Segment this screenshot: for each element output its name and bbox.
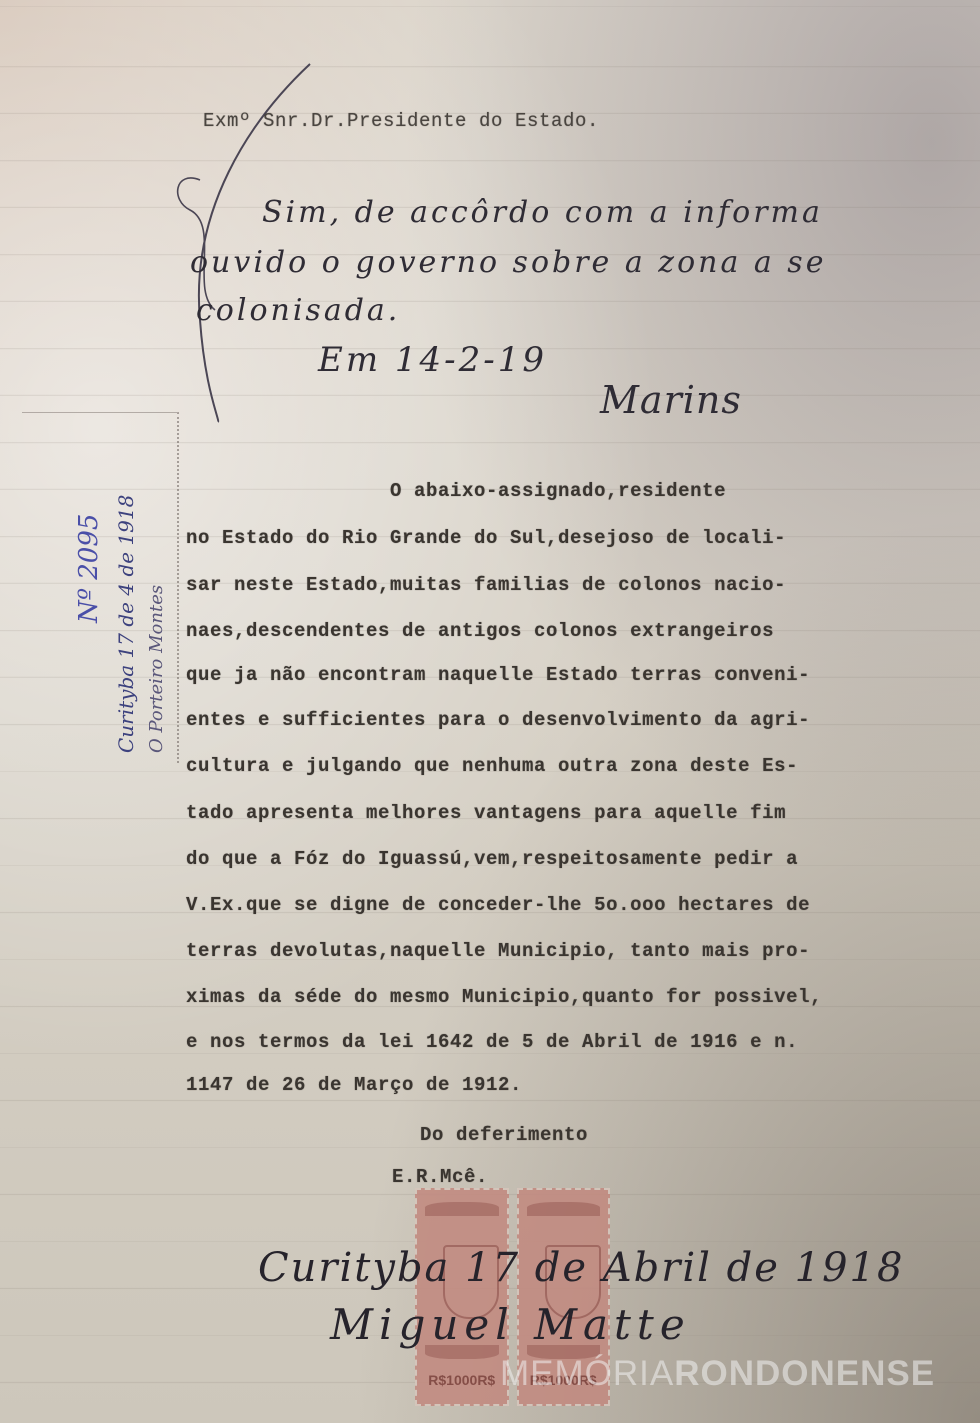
revenue-stamp: R$1000R$ <box>415 1188 509 1406</box>
protocol-number: Nº 2095 <box>74 514 104 623</box>
body-line: naes,descendentes de antigos colonos ext… <box>186 620 774 642</box>
salutation: Exmº Snr.Dr.Presidente do Estado. <box>203 110 599 132</box>
protocol-date: Curityba 17 de 4 de 1918 <box>114 495 138 753</box>
body-line: no Estado do Rio Grande do Sul,desejoso … <box>186 527 786 549</box>
watermark: MEMÓRIARONDONENSE <box>500 1354 935 1394</box>
body-line: O abaixo-assignado,residente <box>186 480 726 502</box>
watermark-part-1: MEMÓRIA <box>500 1354 674 1393</box>
signature: Miguel Matte <box>330 1300 691 1349</box>
protocol-stamp: Nº 2095 Curityba 17 de 4 de 1918 O Porte… <box>22 412 179 763</box>
place-date: Curityba 17 de Abril de 1918 <box>258 1245 904 1291</box>
body-line: entes e sufficientes para o desenvolvime… <box>186 709 810 731</box>
protocol-porteiro: O Porteiro Montes <box>146 585 167 753</box>
body-line: V.Ex.que se digne de conceder-lhe 5o.ooo… <box>186 894 810 916</box>
despacho-line-3: colonisada. <box>196 293 400 328</box>
body-line: do que a Fóz do Iguassú,vem,respeitosame… <box>186 848 798 870</box>
document-page: Exmº Snr.Dr.Presidente do Estado. Sim, d… <box>0 0 980 1423</box>
despacho-line-2: ouvido o governo sobre a zona a se <box>190 245 826 280</box>
despacho-date: Em 14-2-19 <box>318 340 547 380</box>
body-line: tado apresenta melhores vantagens para a… <box>186 802 786 824</box>
stamp-value: R$1000R$ <box>417 1372 507 1388</box>
watermark-part-2: RONDONENSE <box>674 1354 935 1393</box>
closing-abbrev: E.R.Mcê. <box>392 1166 488 1188</box>
body-line: ximas da séde do mesmo Municipio,quanto … <box>186 986 822 1008</box>
body-line: sar neste Estado,muitas familias de colo… <box>186 574 786 596</box>
body-line: terras devolutas,naquelle Municipio, tan… <box>186 940 810 962</box>
closing: Do deferimento <box>420 1124 588 1146</box>
body-line: e nos termos da lei 1642 de 5 de Abril d… <box>186 1031 798 1053</box>
body-line: 1147 de 26 de Março de 1912. <box>186 1074 522 1096</box>
despacho-signature: Marins <box>600 378 742 422</box>
despacho-line-1: Sim, de accôrdo com a informa <box>262 195 823 230</box>
body-line: cultura e julgando que nenhuma outra zon… <box>186 755 798 777</box>
body-line: que ja não encontram naquelle Estado ter… <box>186 664 810 686</box>
